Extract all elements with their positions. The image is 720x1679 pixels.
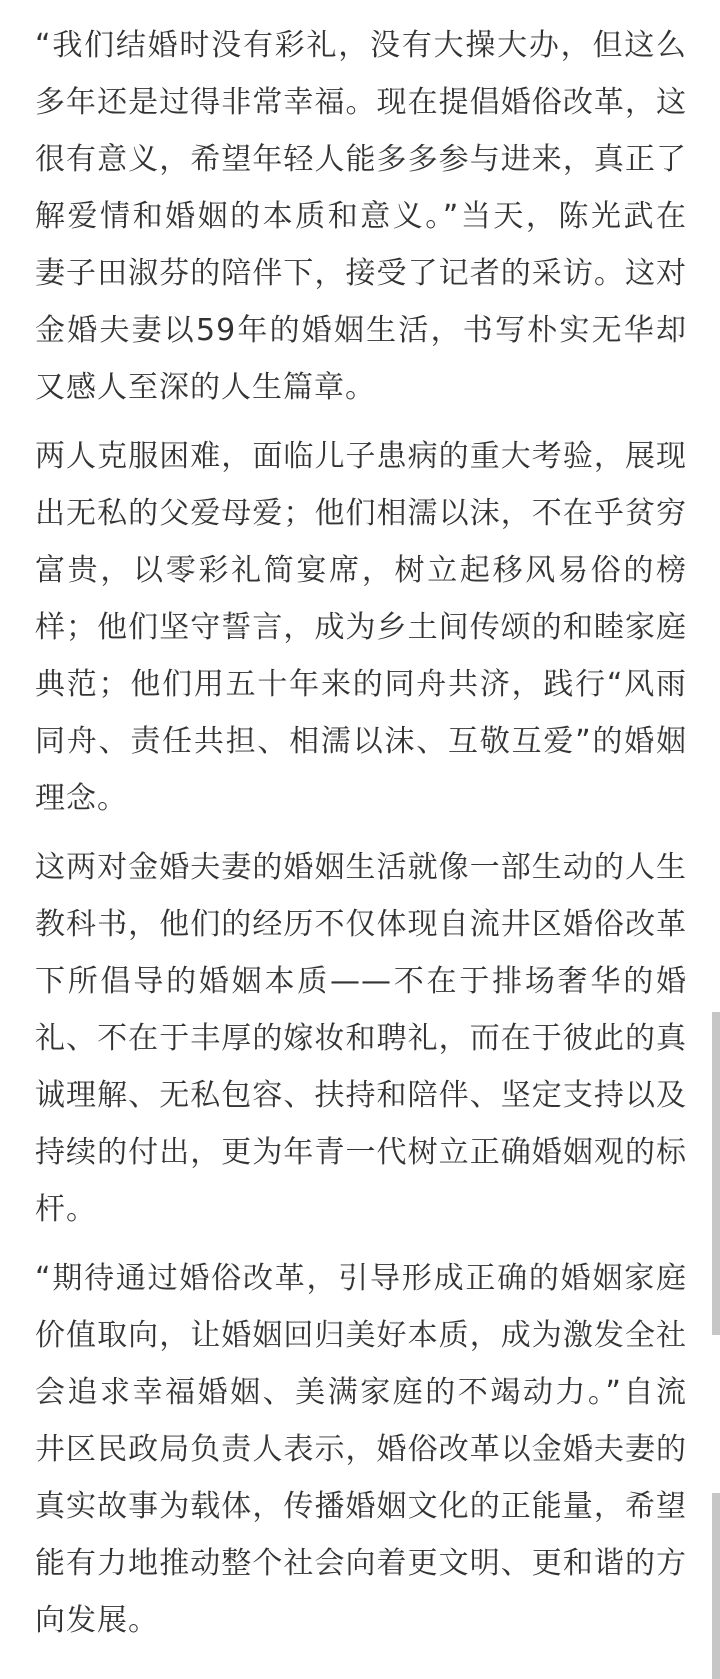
article-body: “我们结婚时没有彩礼，没有大操大办，但这么多年还是过得非常幸福。现在提倡婚俗改革… (35, 0, 687, 1649)
article-paragraph-4: “期待通过婚俗改革，引导形成正确的婚姻家庭价值取向，让婚姻回归美好本质，成为激发… (35, 1250, 687, 1649)
scrollbar-thumb[interactable] (712, 1012, 720, 1335)
scrollbar-thumb-secondary[interactable] (712, 1493, 720, 1679)
scrollbar[interactable] (711, 0, 720, 1679)
article-paragraph-2: 两人克服困难，面临儿子患病的重大考验，展现出无私的父爱母爱；他们相濡以沫，不在乎… (35, 428, 687, 827)
article-paragraph-3: 这两对金婚夫妻的婚姻生活就像一部生动的人生教科书，他们的经历不仅体现自流井区婚俗… (35, 839, 687, 1238)
article-paragraph-1: “我们结婚时没有彩礼，没有大操大办，但这么多年还是过得非常幸福。现在提倡婚俗改革… (35, 0, 687, 416)
